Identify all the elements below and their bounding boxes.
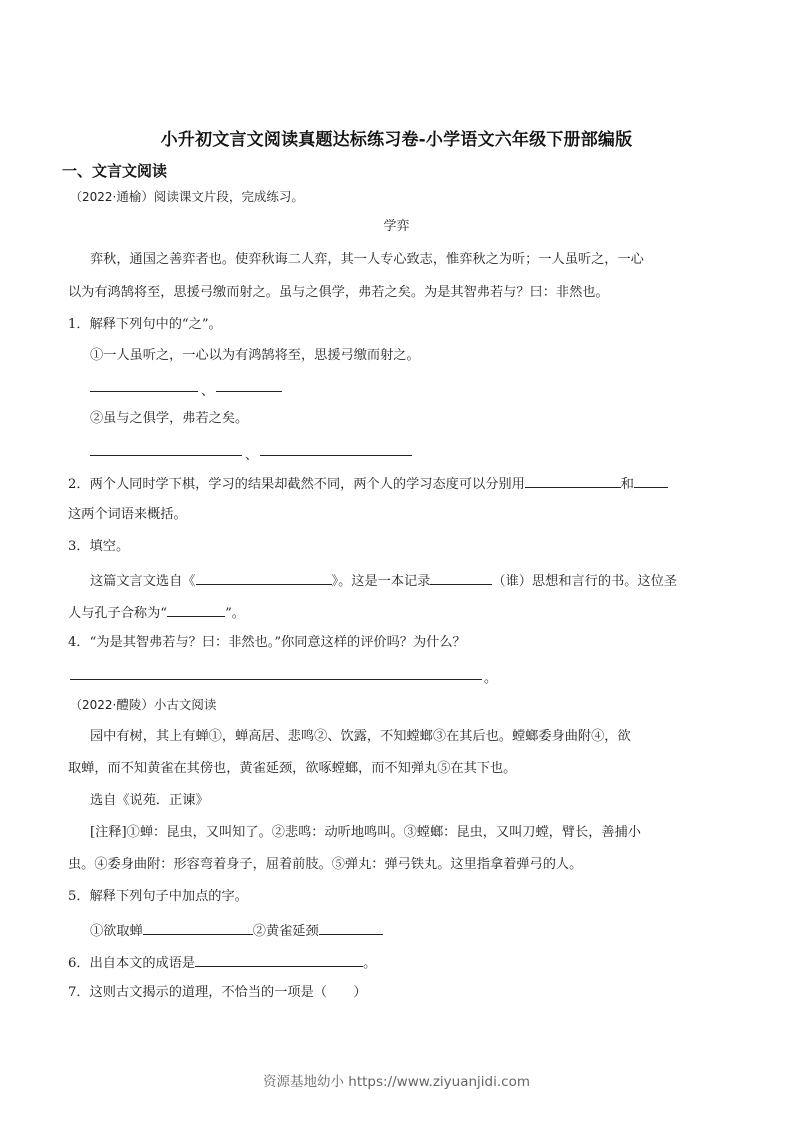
separator: 、 [201, 380, 214, 399]
q6-stem: 6．出自本文的成语是 [68, 956, 195, 971]
source-place: 醴陵）小古文阅读 [116, 697, 216, 712]
question-5-stem: 5．解释下列句子中加点的字。 [68, 887, 248, 907]
q3-text-part3: （谁）思想和言行的书。这位圣 [492, 574, 677, 589]
answer-blank-2b[interactable] [634, 472, 668, 488]
footer-watermark: 资源基地幼小 https://www.ziyuanjidi.com [0, 1070, 793, 1090]
answer-blank-5a[interactable] [143, 919, 253, 935]
question-3-line2: 人与孔子合称为“”。 [68, 601, 245, 624]
answer-blank-3b[interactable] [430, 569, 492, 585]
answer-blank-2a[interactable] [525, 472, 621, 488]
answer-blank-1d[interactable] [260, 455, 412, 456]
q5-item-2: ②黄雀延颈 [253, 924, 319, 939]
passage2-notes-line2: 虫。④委身曲附：形容弯着身子，屈着前肢。⑤弹丸：弹弓铁丸。这里指拿着弹弓的人。 [68, 855, 582, 875]
answer-blank-6[interactable] [195, 951, 363, 967]
passage2-citation: 选自《说苑．正谏》 [90, 791, 209, 811]
passage2-source: （2022·醴陵）小古文阅读 [70, 695, 216, 715]
answer-blank-1c[interactable] [90, 455, 242, 456]
exam-page: 小升初文言文阅读真题达标练习卷-小学语文六年级下册部编版 一、文言文阅读 （20… [0, 0, 793, 1122]
source-year: （2022· [70, 190, 116, 204]
section-heading: 一、文言文阅读 [62, 160, 167, 181]
question-1-item-1: ①一人虽听之，一心以为有鸿鹄将至，思援弓缴而射之。 [90, 346, 420, 366]
answer-blank-3c[interactable] [167, 601, 225, 617]
end-mark: 。 [363, 956, 376, 971]
q5-item-1: ①欲取蝉 [90, 924, 143, 939]
question-2-line2: 这两个词语来概括。 [68, 505, 187, 525]
passage2-text-line1: 园中有树，其上有蝉①，蝉高居、悲鸣②、饮露，不知螳螂③在其后也。螳螂委身曲附④，… [90, 727, 631, 747]
question-4-stem: 4．“为是其智弗若与？曰：非然也。”你同意这样的评价吗？为什么？ [68, 633, 466, 653]
question-1-stem: 1．解释下列句中的“之”。 [68, 315, 222, 335]
passage1-source: （2022·通榆）阅读课文片段，完成练习。 [70, 187, 304, 207]
passage1-title: 学弈 [0, 217, 793, 237]
q3-text-part1: 这篇文言文选自《 [90, 574, 196, 589]
answer-blank-5b[interactable] [319, 919, 383, 935]
separator: 、 [245, 444, 258, 463]
question-3-stem: 3．填空。 [68, 537, 129, 557]
source-place: 通榆）阅读课文片段，完成练习。 [116, 189, 304, 204]
passage2-text-line2: 取蝉，而不知黄雀在其傍也，黄雀延颈，欲啄螳螂，而不知弹丸⑤在其下也。 [68, 759, 516, 779]
source-year: （2022· [70, 698, 116, 712]
question-5-items: ①欲取蝉②黄雀延颈 [90, 919, 383, 942]
question-2-text: 2．两个人同时学下棋，学习的结果却截然不同，两个人的学习态度可以分别用 [68, 477, 525, 492]
question-3-line1: 这篇文言文选自《》。这是一本记录（谁）思想和言行的书。这位圣 [90, 569, 677, 592]
end-mark: 。 [484, 667, 497, 686]
question-2-line1: 2．两个人同时学下棋，学习的结果却截然不同，两个人的学习态度可以分别用和 [68, 472, 668, 495]
answer-blank-1b[interactable] [216, 391, 282, 392]
q3-text-part5: ”。 [225, 606, 245, 621]
passage1-text-line2: 以为有鸿鹄将至，思援弓缴而射之。虽与之俱学，弗若之矣。为是其智弗若与？曰：非然也… [68, 283, 609, 303]
connector: 和 [621, 477, 634, 492]
q3-text-part2: 》。这是一本记录 [332, 574, 431, 589]
q3-text-part4: 人与孔子合称为“ [68, 606, 167, 621]
passage1-text-line1: 弈秋，通国之善弈者也。使弈秋诲二人弈，其一人专心致志，惟弈秋之为听；一人虽听之，… [90, 250, 644, 270]
question-6: 6．出自本文的成语是。 [68, 951, 376, 974]
answer-blank-3a[interactable] [196, 569, 332, 585]
document-title: 小升初文言文阅读真题达标练习卷-小学语文六年级下册部编版 [0, 125, 793, 150]
question-7-stem: 7．这则古文揭示的道理，不恰当的一项是（ ） [68, 983, 367, 1003]
answer-blank-1a[interactable] [90, 391, 198, 392]
answer-blank-4[interactable] [70, 679, 482, 680]
question-1-item-2: ②虽与之俱学，弗若之矣。 [90, 409, 248, 429]
passage2-notes-line1: [注释]①蝉：昆虫，又叫知了。②悲鸣：动听地鸣叫。③螳螂：昆虫，又叫刀螳，臂长，… [90, 823, 641, 843]
